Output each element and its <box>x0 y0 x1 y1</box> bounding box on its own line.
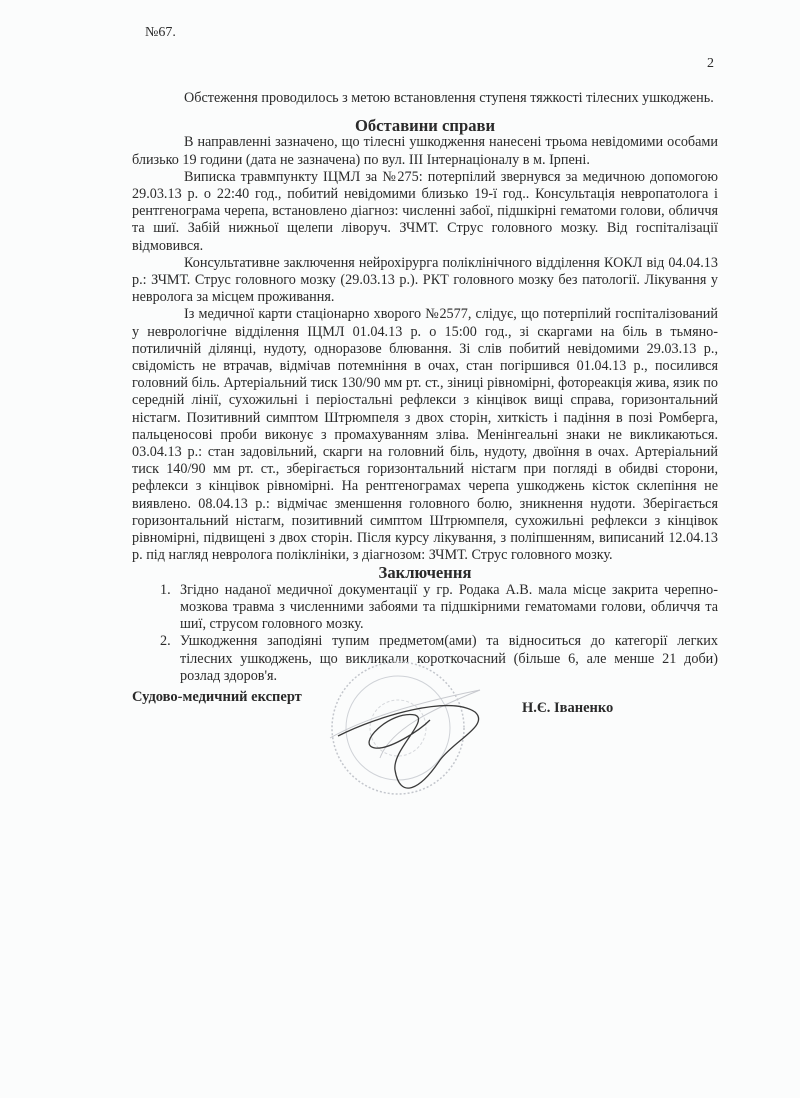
signature-role: Судово-медичний експерт <box>132 689 302 706</box>
conclusion-number: 2. <box>160 633 171 650</box>
circumstances-heading: Обставини справи <box>132 117 718 134</box>
circumstances-paragraph: Виписка травмпункту ІЦМЛ за №275: потерп… <box>132 169 718 255</box>
circumstances-paragraph: Із медичної карти стаціонарно хворого №2… <box>132 306 718 564</box>
document-body: Обстеження проводилось з метою встановле… <box>132 90 718 685</box>
intro-paragraph: Обстеження проводилось з метою встановле… <box>132 90 718 107</box>
conclusions-heading: Заключення <box>132 564 718 581</box>
stamp-and-signature-icon <box>280 660 540 810</box>
document-number: №67. <box>145 25 176 41</box>
circumstances-paragraph: Консультативне заключення нейрохірурга п… <box>132 255 718 307</box>
circumstances-paragraph: В направленні зазначено, що тілесні ушко… <box>132 134 718 168</box>
document-page: №67. 2 Обстеження проводилось з метою вс… <box>0 0 800 1098</box>
page-number: 2 <box>707 56 714 72</box>
conclusion-item: 1. Згідно наданої медичної документації … <box>132 582 718 634</box>
conclusion-text: Згідно наданої медичної документації у г… <box>180 582 718 632</box>
signature-name: Н.Є. Іваненко <box>522 700 613 717</box>
conclusion-number: 1. <box>160 582 171 599</box>
